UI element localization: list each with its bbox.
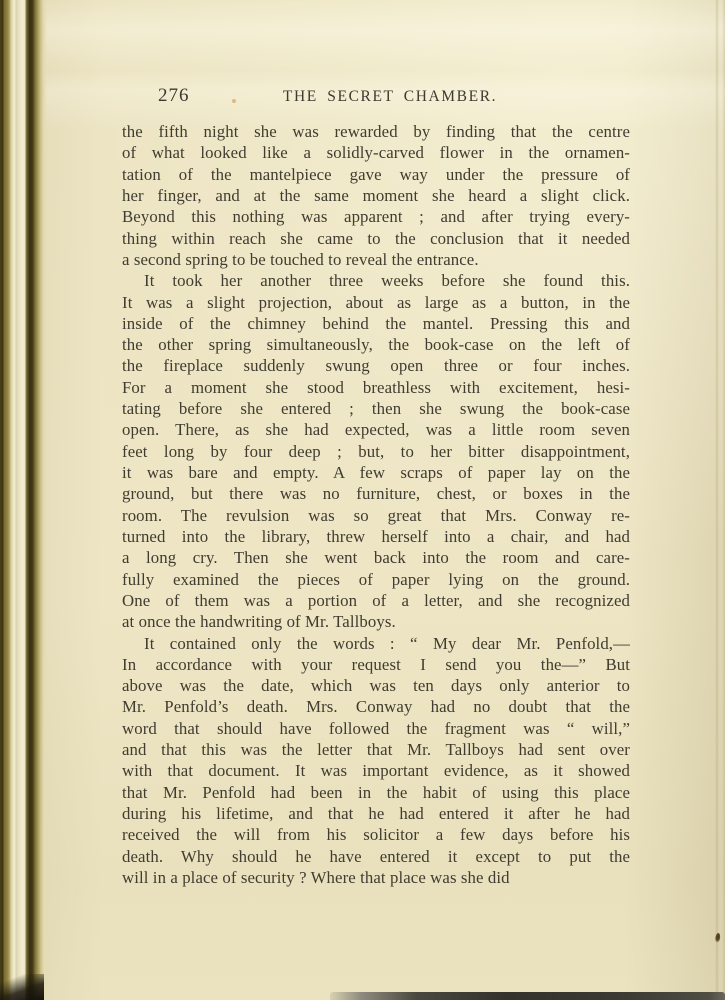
running-title: THE SECRET CHAMBER. <box>136 88 644 106</box>
text-line: a long cry. Then she went back into the … <box>122 547 630 568</box>
paragraph: It contained only the words : “ My dear … <box>122 633 630 889</box>
text-line: Beyond this nothing was apparent ; and a… <box>122 206 630 227</box>
text-line: feet long by four deep ; but, to her bit… <box>122 441 630 462</box>
text-line: it was bare and empty. A few scraps of p… <box>122 462 630 483</box>
text-line: fully examined the pieces of paper lying… <box>122 569 630 590</box>
text-line: during his lifetime, and that he had ent… <box>122 803 630 824</box>
text-line: tating before she entered ; then she swu… <box>122 398 630 419</box>
text-line: the other spring simultaneously, the boo… <box>122 334 630 355</box>
text-line: received the will from his solicitor a f… <box>122 824 630 845</box>
text-line: death. Why should he have entered it exc… <box>122 846 630 867</box>
bottom-edge-shadow <box>330 992 725 1000</box>
text-line: ground, but there was no furniture, ches… <box>122 483 630 504</box>
paragraph: It took her another three weeks before s… <box>122 270 630 632</box>
text-block: the fifth night she was rewarded by find… <box>122 121 630 888</box>
text-line: It took her another three weeks before s… <box>122 270 630 291</box>
text-line: a second spring to be touched to reveal … <box>122 249 630 270</box>
text-line: and that this was the letter that Mr. Ta… <box>122 739 630 760</box>
text-line: One of them was a portion of a letter, a… <box>122 590 630 611</box>
text-line: with that document. It was important evi… <box>122 760 630 781</box>
text-line: at once the handwriting of Mr. Tallboys. <box>122 611 630 632</box>
text-line: the fireplace suddenly swung open three … <box>122 355 630 376</box>
page-header: 276 THE SECRET CHAMBER. <box>122 85 630 109</box>
text-line: her finger, and at the same moment she h… <box>122 185 630 206</box>
text-line: that Mr. Penfold had been in the habit o… <box>122 782 630 803</box>
text-line: In accordance with your request I send y… <box>122 654 630 675</box>
text-line: will in a place of security ? Where that… <box>122 867 630 888</box>
paragraph: the fifth night she was rewarded by find… <box>122 121 630 270</box>
text-line: thing within reach she came to the concl… <box>122 228 630 249</box>
text-line: inside of the chimney behind the mantel.… <box>122 313 630 334</box>
text-line: tation of the mantelpiece gave way under… <box>122 164 630 185</box>
text-line: It was a slight projection, about as lar… <box>122 292 630 313</box>
ink-spot-mark <box>714 933 721 947</box>
text-line: room. The revulsion was so great that Mr… <box>122 505 630 526</box>
text-line: above was the date, which was ten days o… <box>122 675 630 696</box>
text-line: of what looked like a solidly-carved flo… <box>122 142 630 163</box>
binding-bottom-corner <box>0 974 44 1000</box>
text-line: Mr. Penfold’s death. Mrs. Conway had no … <box>122 696 630 717</box>
text-line: open. There, as she had expected, was a … <box>122 419 630 440</box>
text-line: It contained only the words : “ My dear … <box>122 633 630 654</box>
text-line: For a moment she stood breathless with e… <box>122 377 630 398</box>
page-edge-crease <box>715 0 719 1000</box>
binding-gutter <box>0 0 47 1000</box>
paper-stain <box>232 99 236 103</box>
text-line: the fifth night she was rewarded by find… <box>122 121 630 142</box>
text-line: turned into the library, threw herself i… <box>122 526 630 547</box>
text-line: word that should have followed the fragm… <box>122 718 630 739</box>
book-page-scan: 276 THE SECRET CHAMBER. the fifth night … <box>0 0 725 1000</box>
